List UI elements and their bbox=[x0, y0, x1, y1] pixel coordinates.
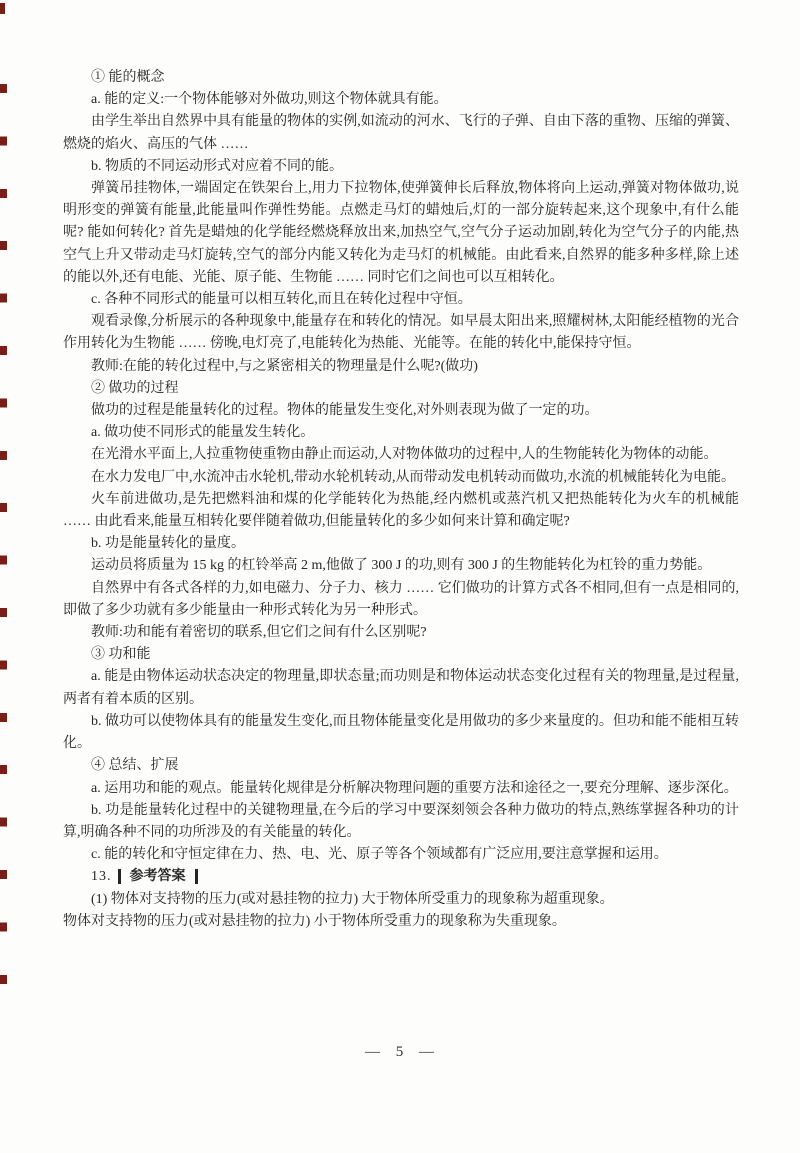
binding-marks-strip bbox=[0, 84, 7, 986]
paragraph: b. 功是能量转化的量度。 bbox=[63, 533, 739, 555]
paragraph: a. 做功使不同形式的能量发生转化。 bbox=[63, 422, 739, 444]
paragraph: c. 能的转化和守恒定律在力、热、电、光、原子等各个领域都有广泛应用,要注意掌握… bbox=[63, 844, 739, 866]
paragraph: c. 各种不同形式的能量可以相互转化,而且在转化过程中守恒。 bbox=[63, 289, 739, 311]
paragraph: 弹簧吊挂物体,一端固定在铁架台上,用力下拉物体,使弹簧伸长后释放,物体将向上运动… bbox=[63, 178, 739, 289]
paragraph: b. 功是能量转化过程中的关键物理量,在今后的学习中要深刻领会各种力做功的特点,… bbox=[63, 800, 739, 844]
paragraph: ① 能的概念 bbox=[63, 67, 739, 89]
answer-header: 13.参考答案 bbox=[63, 866, 739, 888]
paragraph: 在光滑水平面上,人拉重物使重物由静止而运动,人对物体做功的过程中,人的生物能转化… bbox=[63, 444, 739, 466]
paragraph: ④ 总结、扩展 bbox=[63, 755, 739, 777]
paragraph: 在水力发电厂中,水流冲击水轮机,带动水轮机转动,从而带动发电机转动而做功,水流的… bbox=[63, 467, 739, 489]
scanned-page: ① 能的概念a. 能的定义:一个物体能够对外做功,则这个物体就具有能。由学生举出… bbox=[0, 0, 800, 1153]
paragraph: (1) 物体对支持物的压力(或对悬挂物的拉力) 大于物体所受重力的现象称为超重现… bbox=[63, 889, 739, 911]
paragraph: 教师:在能的转化过程中,与之紧密相关的物理量是什么呢?(做功) bbox=[63, 356, 739, 378]
paragraph: a. 能的定义:一个物体能够对外做功,则这个物体就具有能。 bbox=[63, 89, 739, 111]
paragraph: 教师:功和能有着密切的联系,但它们之间有什么区别呢? bbox=[63, 622, 739, 644]
paragraph: 做功的过程是能量转化的过程。物体的能量发生变化,对外则表现为做了一定的功。 bbox=[63, 400, 739, 422]
paragraph: 物体对支持物的压力(或对悬挂物的拉力) 小于物体所受重力的现象称为失重现象。 bbox=[63, 911, 739, 933]
paragraph: 由学生举出自然界中具有能量的物体的实例,如流动的河水、飞行的子弹、自由下落的重物… bbox=[63, 111, 739, 155]
paragraph: ③ 功和能 bbox=[63, 644, 739, 666]
paragraph: 运动员将质量为 15 kg 的杠铃举高 2 m,他做了 300 J 的功,则有 … bbox=[63, 555, 739, 577]
paragraph: ② 做功的过程 bbox=[63, 378, 739, 400]
paragraph: 自然界中有各式各样的力,如电磁力、分子力、核力 …… 它们做功的计算方式各不相同… bbox=[63, 578, 739, 622]
paragraph: 火车前进做功,是先把燃料油和煤的化学能转化为热能,经内燃机或蒸汽机又把热能转化为… bbox=[63, 489, 739, 533]
answer-number: 13. bbox=[91, 869, 112, 884]
paragraph: b. 做功可以使物体具有的能量发生变化,而且物体能量变化是用做功的多少来量度的。… bbox=[63, 711, 739, 755]
binding-mark bbox=[0, 3, 5, 14]
paragraph: a. 运用功和能的观点。能量转化规律是分析解决物理问题的重要方法和途径之一,要充… bbox=[63, 778, 739, 800]
paragraph: 观看录像,分析展示的各种现象中,能量存在和转化的情况。如早晨太阳出来,照耀树林,… bbox=[63, 311, 739, 355]
reference-answer-title: 参考答案 bbox=[118, 869, 198, 884]
document-text: ① 能的概念a. 能的定义:一个物体能够对外做功,则这个物体就具有能。由学生举出… bbox=[63, 67, 739, 933]
paragraph: a. 能是由物体运动状态决定的物理量,即状态量;而功则是和物体运动状态变化过程有… bbox=[63, 666, 739, 710]
paragraph: b. 物质的不同运动形式对应着不同的能。 bbox=[63, 156, 739, 178]
page-number: — 5 — bbox=[0, 1044, 800, 1061]
